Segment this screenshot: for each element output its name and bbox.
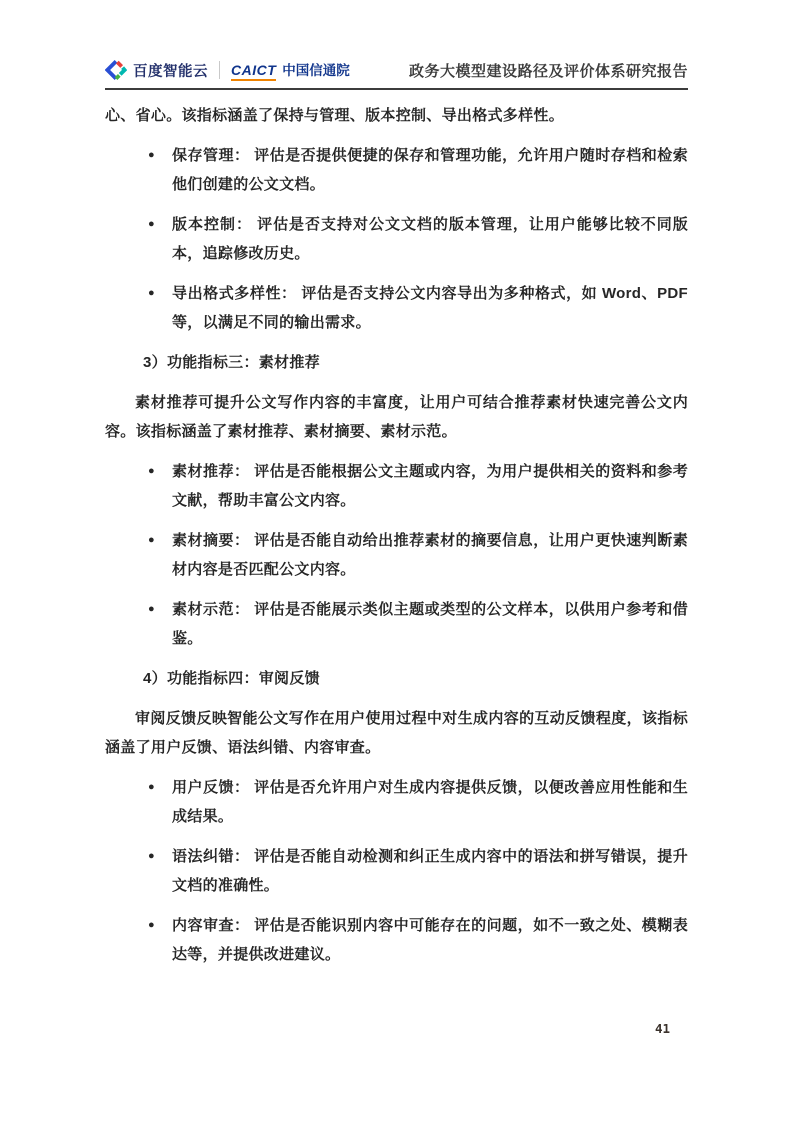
storage-bullet-list: ● 保存管理： 评估是否提供便捷的保存和管理功能，允许用户随时存档和检索他们创建… [105,141,688,337]
list-item-text: 导出格式多样性： 评估是否支持公文内容导出为多种格式，如 Word、PDF 等，… [172,285,688,331]
caict-org-text: 中国信通院 [282,59,350,79]
bullet-icon: ● [148,210,155,239]
logo-divider [219,61,220,79]
section4-intro-paragraph: 审阅反馈反映智能公文写作在用户使用过程中对生成内容的互动反馈程度，该指标涵盖了用… [105,704,688,762]
header-rule [105,88,688,90]
bullet-icon: ● [148,595,155,624]
review-bullet-list: ● 用户反馈： 评估是否允许用户对生成内容提供反馈，以便改善应用性能和生成结果。… [105,773,688,969]
bullet-icon: ● [148,911,155,940]
material-bullet-list: ● 素材推荐： 评估是否能根据公文主题或内容，为用户提供相关的资料和参考文献，帮… [105,457,688,653]
section-heading-4: 4）功能指标四：审阅反馈 [105,664,688,693]
bullet-icon: ● [148,526,155,555]
bullet-icon: ● [148,773,155,802]
page-number: 41 [655,1021,670,1036]
section-heading-3: 3）功能指标三：素材推荐 [105,348,688,377]
baidu-cloud-logo-text: 百度智能云 [133,60,208,81]
caict-abbr-text: CAICT [231,62,276,81]
bullet-icon: ● [148,279,155,308]
list-item-text: 保存管理： 评估是否提供便捷的保存和管理功能，允许用户随时存档和检索他们创建的公… [172,147,688,193]
section3-intro-paragraph: 素材推荐可提升公文写作内容的丰富度，让用户可结合推荐素材快速完善公文内容。该指标… [105,388,688,446]
bullet-icon: ● [148,842,155,871]
document-page: 百度智能云 CAICT 中国信通院 政务大模型建设路径及评价体系研究报告 心、省… [0,0,793,1122]
list-item-text: 版本控制： 评估是否支持对公文文档的版本管理，让用户能够比较不同版本，追踪修改历… [172,216,688,262]
report-title: 政务大模型建设路径及评价体系研究报告 [409,60,688,81]
list-item-text: 素材示范： 评估是否能展示类似主题或类型的公文样本，以供用户参考和借鉴。 [172,601,688,647]
page-header: 百度智能云 CAICT 中国信通院 政务大模型建设路径及评价体系研究报告 [105,0,688,90]
document-body: 心、省心。该指标涵盖了保持与管理、版本控制、导出格式多样性。 ● 保存管理： 评… [105,101,688,980]
list-item: ● 内容审查： 评估是否能识别内容中可能存在的问题，如不一致之处、模糊表达等，并… [105,911,688,969]
bullet-icon: ● [148,457,155,486]
list-item-text: 用户反馈： 评估是否允许用户对生成内容提供反馈，以便改善应用性能和生成结果。 [172,779,688,825]
caict-logo: CAICT 中国信通院 [231,59,350,81]
list-item-text: 内容审查： 评估是否能识别内容中可能存在的问题，如不一致之处、模糊表达等，并提供… [172,917,688,963]
baidu-cloud-logo: 百度智能云 [105,59,208,81]
list-item-text: 素材推荐： 评估是否能根据公文主题或内容，为用户提供相关的资料和参考文献，帮助丰… [172,463,688,509]
list-item-text: 素材摘要： 评估是否能自动给出推荐素材的摘要信息，让用户更快速判断素材内容是否匹… [172,532,688,578]
list-item: ● 语法纠错： 评估是否能自动检测和纠正生成内容中的语法和拼写错误，提升文档的准… [105,842,688,900]
list-item: ● 版本控制： 评估是否支持对公文文档的版本管理，让用户能够比较不同版本，追踪修… [105,210,688,268]
bullet-icon: ● [148,141,155,170]
baidu-cloud-icon [105,59,127,81]
list-item: ● 素材示范： 评估是否能展示类似主题或类型的公文样本，以供用户参考和借鉴。 [105,595,688,653]
intro-continuation-paragraph: 心、省心。该指标涵盖了保持与管理、版本控制、导出格式多样性。 [105,101,688,130]
list-item: ● 用户反馈： 评估是否允许用户对生成内容提供反馈，以便改善应用性能和生成结果。 [105,773,688,831]
list-item: ● 导出格式多样性： 评估是否支持公文内容导出为多种格式，如 Word、PDF … [105,279,688,337]
list-item: ● 素材推荐： 评估是否能根据公文主题或内容，为用户提供相关的资料和参考文献，帮… [105,457,688,515]
list-item-text: 语法纠错： 评估是否能自动检测和纠正生成内容中的语法和拼写错误，提升文档的准确性… [172,848,688,894]
list-item: ● 保存管理： 评估是否提供便捷的保存和管理功能，允许用户随时存档和检索他们创建… [105,141,688,199]
list-item: ● 素材摘要： 评估是否能自动给出推荐素材的摘要信息，让用户更快速判断素材内容是… [105,526,688,584]
